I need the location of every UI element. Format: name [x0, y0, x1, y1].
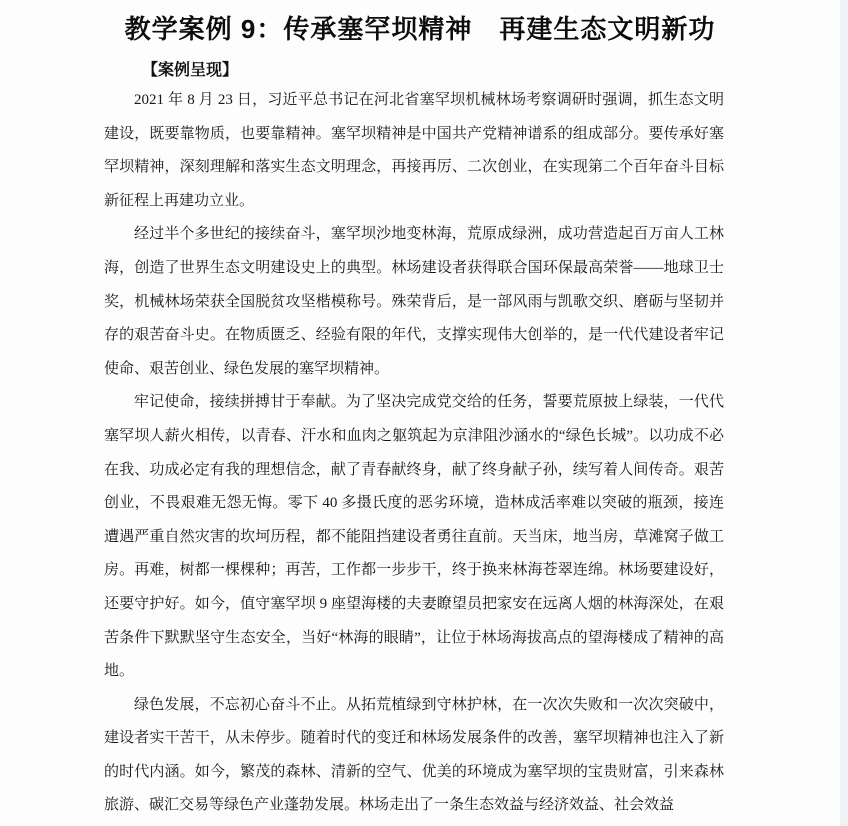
paragraph-mission-and-hardship: 牢记使命，接续拼搏甘于奉献。为了坚决完成党交给的任务，誓要荒原披上绿装，一代代塞… [104, 386, 724, 688]
document-body: 2021 年 8 月 23 日，习近平总书记在河北省塞罕坝机械林场考察调研时强调… [104, 84, 724, 823]
document-title: 教学案例 9：传承塞罕坝精神 再建生态文明新功 [0, 0, 840, 48]
paragraph-green-development: 绿色发展，不忘初心奋斗不止。从拓荒植绿到守林护林，在一次次失败和一次次突破中，建… [104, 689, 724, 823]
document-page: 教学案例 9：传承塞罕坝精神 再建生态文明新功 【案例呈现】 2021 年 8 … [0, 0, 840, 826]
viewer-background-edge [840, 0, 848, 826]
document-viewer: 教学案例 9：传承塞罕坝精神 再建生态文明新功 【案例呈现】 2021 年 8 … [0, 0, 848, 826]
paragraph-achievements: 经过半个多世纪的接续奋斗，塞罕坝沙地变林海，荒原成绿洲，成功营造起百万亩人工林海… [104, 218, 724, 386]
paragraph-quote-overview: 2021 年 8 月 23 日，习近平总书记在河北省塞罕坝机械林场考察调研时强调… [104, 84, 724, 218]
section-heading-case-presentation: 【案例呈现】 [142, 61, 840, 81]
